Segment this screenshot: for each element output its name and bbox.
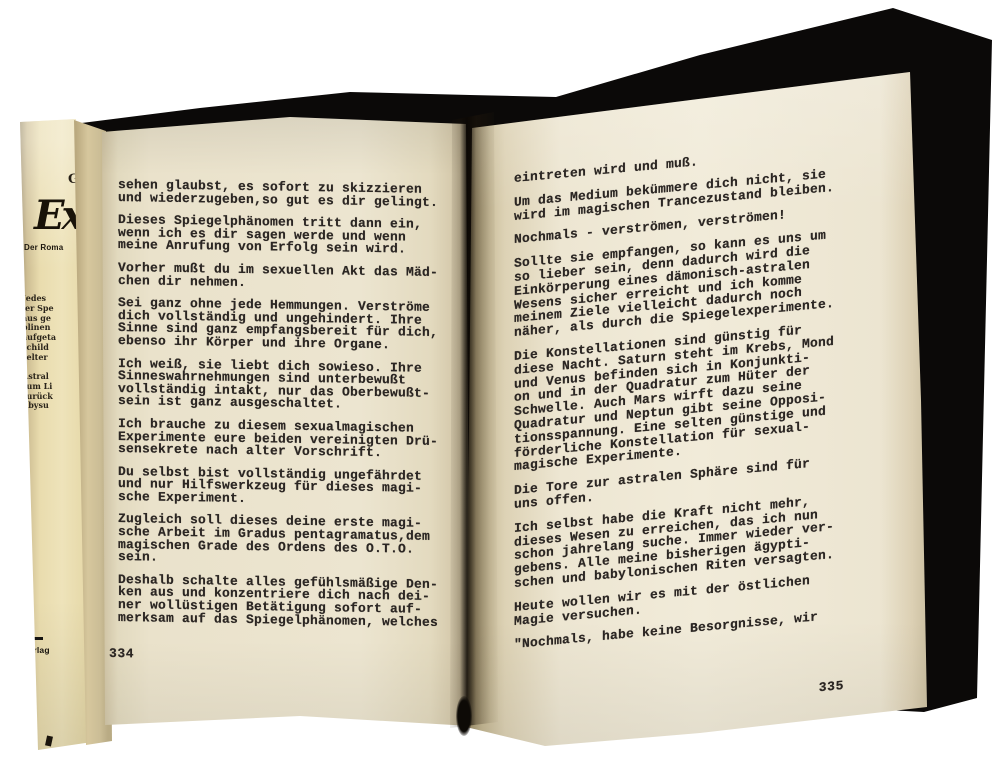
left-page-paragraphs: sehen glaubst, es sofort zu skizzierenun… [118,179,448,629]
left-page-number: 334 [109,646,448,666]
right-page-paragraphs: eintreten wird und muß.Um das Medium bek… [514,141,850,652]
jacket-publisher-rule [26,637,43,640]
right-page-number: 335 [514,678,850,724]
jacket-wear-mark [45,735,53,746]
jacket-blurb-fragment: Jedesler Speaus geplinenaufgetaschildsel… [22,294,56,363]
jacket-subtitle-fragment: Der Roma [24,243,63,252]
jacket-script-title-fragment: Ex [34,192,82,239]
left-page-text: sehen glaubst, es sofort zu skizzierenun… [118,179,448,666]
gutter-spine-shadow [456,696,472,736]
right-page-text: eintreten wird und muß.Um das Medium bek… [514,141,850,723]
jacket-publisher-fragment: Verlag [23,645,50,655]
jacket-blurb2-fragment: Astralzum LizurückAbysu [22,372,53,411]
open-book-photo: G Ex Der Roma Jedesler Speaus geplinenau… [0,0,1004,768]
